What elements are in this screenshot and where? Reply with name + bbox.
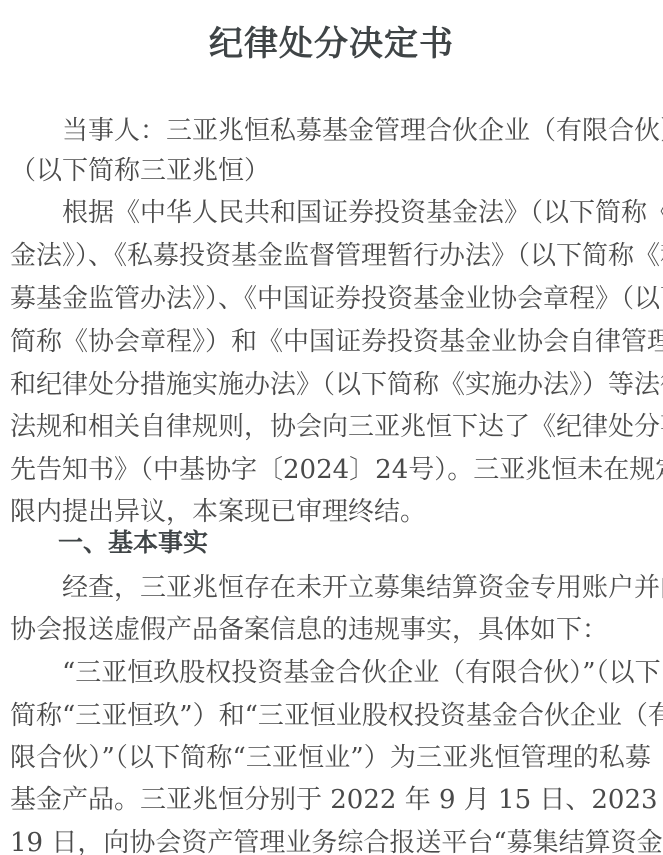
legal-basis-line-4: 简称《协会章程》）和《中国证券投资基金业协会自律管理 <box>10 324 651 360</box>
legal-basis-line-2: 金法》）、《私募投资基金监督管理暂行办法》（以下简称《私 <box>10 238 651 274</box>
document-title: 纪律处分决定书 <box>0 20 663 68</box>
legal-basis-line-3: 募基金监管办法》）、《中国证券投资基金业协会章程》（以下 <box>10 281 651 317</box>
legal-basis-line-1: 根据《中华人民共和国证券投资基金法》（以下简称《基 <box>62 195 651 231</box>
section-heading: 一、基本事实 <box>58 525 208 561</box>
party-line-2: （以下简称三亚兆恒） <box>10 153 651 189</box>
facts-intro-line-1: 经查，三亚兆恒存在未开立募集结算资金专用账户并向 <box>62 570 651 606</box>
party-line-1: 当事人：三亚兆恒私募基金管理合伙企业（有限合伙） <box>62 113 651 149</box>
facts-detail-line-3: 限合伙）”（以下简称“三亚恒业”）为三亚兆恒管理的私募 <box>10 740 651 776</box>
document-page: 纪律处分决定书 当事人：三亚兆恒私募基金管理合伙企业（有限合伙） （以下简称三亚… <box>0 0 663 855</box>
legal-basis-line-7: 先告知书》（中基协字〔2024〕24号）。三亚兆恒未在规定期 <box>10 452 651 488</box>
facts-detail-line-5: 19 日，向协会资产管理业务综合报送平台“募集结算资金专 <box>10 825 651 855</box>
legal-basis-line-6: 法规和相关自律规则，协会向三亚兆恒下达了《纪律处分事 <box>10 409 651 445</box>
facts-detail-line-2: 简称“三亚恒玖”）和“三亚恒业股权投资基金合伙企业（有 <box>10 698 651 734</box>
legal-basis-line-5: 和纪律处分措施实施办法》（以下简称《实施办法》）等法律 <box>10 367 651 403</box>
facts-intro-line-2: 协会报送虚假产品备案信息的违规事实，具体如下： <box>10 612 651 648</box>
facts-detail-line-1: “三亚恒玖股权投资基金合伙企业（有限合伙）”（以下 <box>62 655 651 691</box>
facts-detail-line-4: 基金产品。三亚兆恒分别于 2022 年 9 月 15 日、2023 年 1 月 <box>10 782 651 818</box>
